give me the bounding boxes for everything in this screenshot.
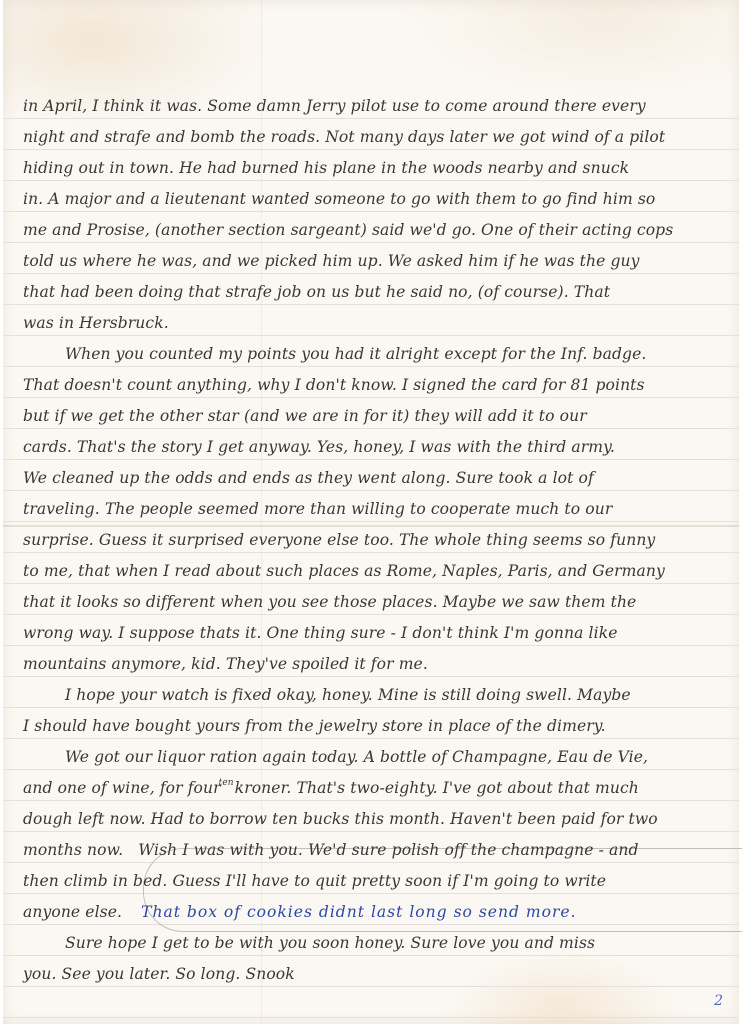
rule-line <box>3 800 739 801</box>
rule-line <box>3 521 739 522</box>
letter-line: in April, I think it was. Some damn Jerr… <box>23 97 729 115</box>
letter-line: That doesn't count anything, why I don't… <box>23 376 729 394</box>
letter-line: in. A major and a lieutenant wanted some… <box>23 190 729 208</box>
rule-line <box>3 335 739 336</box>
signature-line: you. See you later. So long. Snook <box>23 965 729 983</box>
letter-page: in April, I think it was. Some damn Jerr… <box>3 0 739 1024</box>
letter-line: told us where he was, and we picked him … <box>23 252 729 270</box>
letter-line: cards. That's the story I get anyway. Ye… <box>23 438 729 456</box>
rule-line <box>3 180 739 181</box>
rule-line <box>3 769 739 770</box>
rule-line <box>3 1017 739 1018</box>
rule-line <box>3 149 739 150</box>
rule-line <box>3 707 739 708</box>
letter-line: was in Hersbruck. <box>23 314 729 332</box>
line-part: months now. <box>23 841 123 859</box>
rule-line <box>3 304 739 305</box>
letter-line: Sure hope I get to be with you soon hone… <box>65 934 729 952</box>
letter-line: night and strafe and bomb the roads. Not… <box>23 128 729 146</box>
letter-line: I hope your watch is fixed okay, honey. … <box>65 686 729 704</box>
rule-line <box>3 986 739 987</box>
letter-line: wrong way. I suppose thats it. One thing… <box>23 624 729 642</box>
letter-line: that had been doing that strafe job on u… <box>23 283 729 301</box>
rule-line <box>3 583 739 584</box>
letter-line: surprise. Guess it surprised everyone el… <box>23 531 729 549</box>
rule-line <box>3 645 739 646</box>
paper-crease <box>3 525 739 527</box>
line-part: anyone else. <box>23 903 122 921</box>
rule-line <box>3 676 739 677</box>
rule-line <box>3 366 739 367</box>
letter-line: to me, that when I read about such place… <box>23 562 729 580</box>
page-number: 2 <box>714 993 723 1009</box>
letter-line: but if we get the other star (and we are… <box>23 407 729 425</box>
letter-line: We cleaned up the odds and ends as they … <box>23 469 729 487</box>
letter-line: then climb in bed. Guess I'll have to qu… <box>23 872 729 890</box>
rule-line <box>3 614 739 615</box>
rule-line <box>3 273 739 274</box>
rule-line <box>3 211 739 212</box>
blue-ink-postscript: That box of cookies didnt last long so s… <box>141 903 576 921</box>
line-part: and one of wine, for four <box>23 779 221 797</box>
letter-line: me and Prosise, (another section sargean… <box>23 221 729 239</box>
letter-line: that it looks so different when you see … <box>23 593 729 611</box>
rule-line <box>3 831 739 832</box>
rule-line <box>3 490 739 491</box>
bracketed-line-part: Wish I was with you. We'd sure polish of… <box>138 841 638 859</box>
letter-line: anyone else. That box of cookies didnt l… <box>23 903 729 921</box>
letter-line: months now. Wish I was with you. We'd su… <box>23 841 729 859</box>
letter-line: We got our liquor ration again today. A … <box>65 748 729 766</box>
rule-line <box>3 397 739 398</box>
letter-line: dough left now. Had to borrow ten bucks … <box>23 810 729 828</box>
letter-line: When you counted my points you had it al… <box>65 345 729 363</box>
letter-line: mountains anymore, kid. They've spoiled … <box>23 655 729 673</box>
rule-line <box>3 552 739 553</box>
letter-line: hiding out in town. He had burned his pl… <box>23 159 729 177</box>
letter-line: I should have bought yours from the jewe… <box>23 717 729 735</box>
rule-line <box>3 428 739 429</box>
rule-line <box>3 459 739 460</box>
letter-line: and one of wine, for fourtenkroner. That… <box>23 779 729 797</box>
rule-line <box>3 955 739 956</box>
superscript-insert: ten <box>219 778 234 788</box>
letter-line: traveling. The people seemed more than w… <box>23 500 729 518</box>
line-part: kroner. That's two-eighty. I've got abou… <box>235 779 639 797</box>
rule-line <box>3 118 739 119</box>
rule-line <box>3 738 739 739</box>
rule-line <box>3 242 739 243</box>
